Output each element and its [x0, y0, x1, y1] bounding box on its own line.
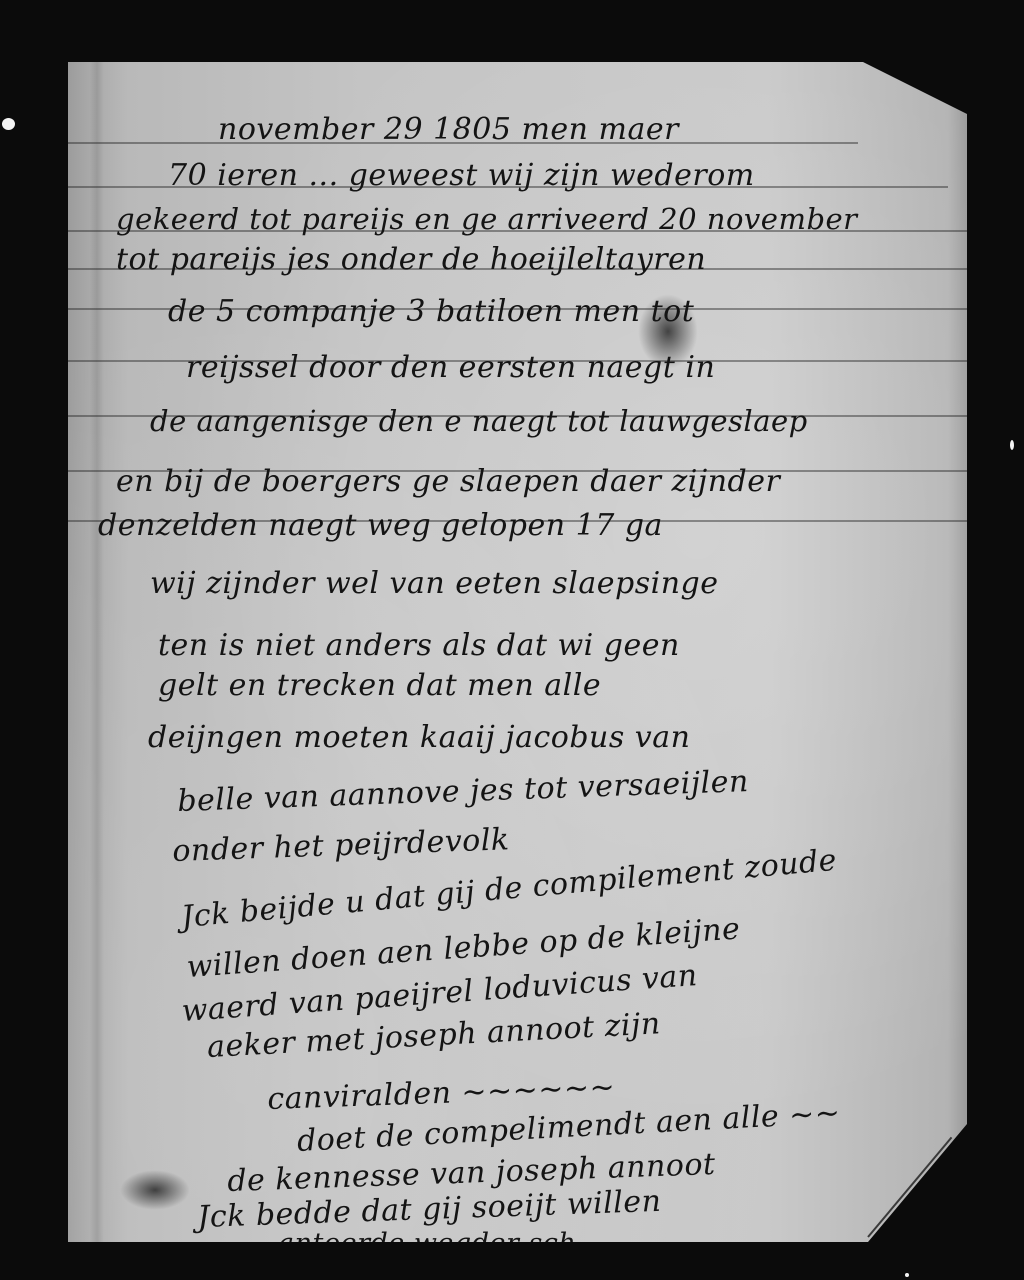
- text-line-8: en bij de boergers ge slaepen daer zijnd…: [116, 464, 780, 499]
- text-line-12: gelt en trecken dat men alle: [158, 668, 601, 703]
- text-line-5: de 5 companje 3 batiloen men tot: [168, 294, 694, 329]
- text-line-15: onder het peijrdevolk: [172, 822, 510, 869]
- text-line-13: deijngen moeten kaaij jacobus van: [148, 720, 690, 755]
- dust-speck: [2, 118, 15, 130]
- dust-speck: [1010, 440, 1014, 450]
- ink-blot: [120, 1170, 190, 1210]
- text-line-7: de aangenisge den e naegt tot lauwgeslae…: [150, 404, 808, 438]
- text-line-6: reijssel door den eersten naegt in: [186, 350, 715, 385]
- text-line-10: wij zijnder wel van eeten slaepsinge: [150, 566, 719, 601]
- text-line-2: 70 ieren ... geweest wij zijn wederom: [168, 158, 755, 193]
- dust-speck: [905, 1273, 909, 1277]
- text-line-14: belle van aannove jes tot versaeijlen: [177, 764, 750, 819]
- text-line-1: november 29 1805 men maer: [218, 112, 679, 147]
- text-line-4: tot pareijs jes onder de hoeijleltayren: [116, 242, 706, 277]
- text-line-11: ten is niet anders als dat wi geen: [158, 628, 680, 663]
- text-line-9: denzelden naegt weg gelopen 17 ga: [98, 508, 663, 543]
- text-line-24: antoerde wegder sch: [278, 1228, 576, 1259]
- paper-fold-shadow: [90, 62, 104, 1242]
- text-line-3: gekeerd tot pareijs en ge arriveerd 20 n…: [116, 202, 858, 236]
- letter-paper: november 29 1805 men maer 70 ieren ... g…: [68, 62, 967, 1242]
